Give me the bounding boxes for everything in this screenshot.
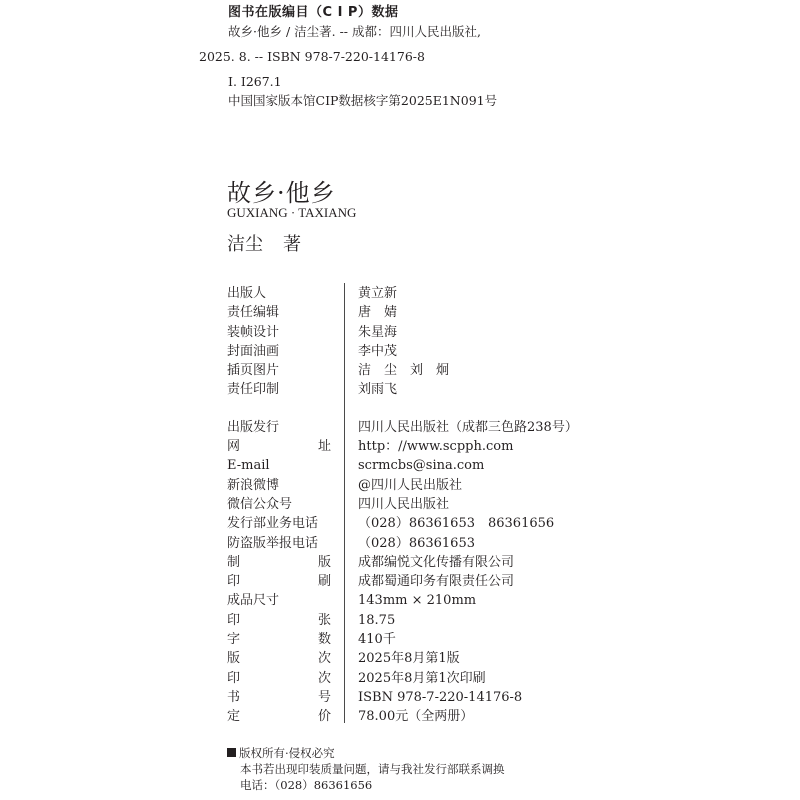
credit-value: 唐 婧 xyxy=(358,303,397,322)
credit-value: 刘雨飞 xyxy=(358,380,397,399)
credit-row-edition: 版次 2025年8月第1版 xyxy=(227,649,647,668)
credit-label: 微信公众号 xyxy=(227,495,331,514)
credit-row-illustrations: 插页图片 洁 尘 刘 炯 xyxy=(227,361,647,380)
credit-value: 成都编悦文化传播有限公司 xyxy=(358,553,514,572)
author-role: 著 xyxy=(283,234,301,255)
credit-row-piracy-phone: 防盗版举报电话 （028）86361653 xyxy=(227,534,647,553)
cip-line-title-author-publisher: 故乡·他乡 / 洁尘著. -- 成都：四川人民出版社, xyxy=(228,24,481,40)
book-title: 故乡·他乡 xyxy=(227,173,336,208)
author-name: 洁尘 xyxy=(227,234,263,255)
credit-row-designer: 装帧设计 朱星海 xyxy=(227,323,647,342)
credit-value: 四川人民出版社 xyxy=(358,495,449,514)
credit-row-price: 定价 78.00元（全两册） xyxy=(227,707,647,726)
credit-label: 插页图片 xyxy=(227,361,331,380)
credits-group-staff: 出版人 黄立新 责任编辑 唐 婧 装帧设计 朱星海 封面油画 李中茂 插页图片 … xyxy=(227,284,647,400)
credit-value: （028）86361653 86361656 xyxy=(358,514,554,533)
credit-row-isbn: 书号 ISBN 978-7-220-14176-8 xyxy=(227,688,647,707)
credit-label: 装帧设计 xyxy=(227,323,331,342)
credit-row-sheets: 印张 18.75 xyxy=(227,611,647,630)
credit-label: 制版 xyxy=(227,553,331,572)
credit-label: 定价 xyxy=(227,707,331,726)
rights-line: 版权所有·侵权必究 xyxy=(227,745,505,761)
credit-label: 责任印制 xyxy=(227,380,331,399)
credit-row-email: E-mail scrmcbs@sina.com xyxy=(227,456,647,475)
credit-row-sales-phone: 发行部业务电话 （028）86361653 86361656 xyxy=(227,514,647,533)
credit-label: 印张 xyxy=(227,611,331,630)
credit-value: 143mm × 210mm xyxy=(358,591,476,610)
credit-row-weibo: 新浪微博 @四川人民出版社 xyxy=(227,476,647,495)
credit-label: 版次 xyxy=(227,649,331,668)
credit-row-impression: 印次 2025年8月第1次印刷 xyxy=(227,669,647,688)
credit-value: 2025年8月第1次印刷 xyxy=(358,669,486,688)
cip-line-classification: Ⅰ. I267.1 xyxy=(228,74,282,90)
credit-row-size: 成品尺寸 143mm × 210mm xyxy=(227,591,647,610)
credit-row-wechat: 微信公众号 四川人民出版社 xyxy=(227,495,647,514)
credit-row-publisher-head: 出版人 黄立新 xyxy=(227,284,647,303)
credit-value: 18.75 xyxy=(358,611,395,630)
credit-label: 网址 xyxy=(227,437,331,456)
credit-row-cover-painting: 封面油画 李中茂 xyxy=(227,342,647,361)
credit-label: 出版发行 xyxy=(227,418,331,437)
credit-label: 字数 xyxy=(227,630,331,649)
cip-line-date-isbn: 2025. 8. -- ISBN 978-7-220-14176-8 xyxy=(199,49,425,65)
copyright-footer: 版权所有·侵权必究 本书若出现印装质量问题，请与我社发行部联系调换 电话：（02… xyxy=(227,745,505,793)
credit-value: 四川人民出版社（成都三色路238号） xyxy=(358,418,578,437)
credits-group-publication: 出版发行 四川人民出版社（成都三色路238号） 网址 http：//www.sc… xyxy=(227,418,647,727)
credits-spacer xyxy=(227,400,647,418)
credit-label: 印刷 xyxy=(227,572,331,591)
credit-value: （028）86361653 xyxy=(358,534,475,553)
credit-row-word-count: 字数 410千 xyxy=(227,630,647,649)
credit-label: 印次 xyxy=(227,669,331,688)
credit-label: 责任编辑 xyxy=(227,303,331,322)
black-square-icon xyxy=(227,748,236,757)
credit-label: 封面油画 xyxy=(227,342,331,361)
credit-value: 洁 尘 刘 炯 xyxy=(358,361,449,380)
credit-label: 发行部业务电话 xyxy=(227,514,331,533)
credit-row-printing: 印刷 成都蜀通印务有限责任公司 xyxy=(227,572,647,591)
credit-row-print-supervisor: 责任印制 刘雨飞 xyxy=(227,380,647,399)
credit-value: 410千 xyxy=(358,630,396,649)
credit-value: ISBN 978-7-220-14176-8 xyxy=(358,688,522,707)
credit-value: 78.00元（全两册） xyxy=(358,707,473,726)
website-link[interactable]: http：//www.scpph.com xyxy=(358,437,513,456)
credit-label: 书号 xyxy=(227,688,331,707)
quality-notice: 本书若出现印装质量问题，请与我社发行部联系调换 xyxy=(227,761,505,777)
credit-label: 成品尺寸 xyxy=(227,591,331,610)
credit-value: @四川人民出版社 xyxy=(358,476,462,495)
credit-row-distributor: 出版发行 四川人民出版社（成都三色路238号） xyxy=(227,418,647,437)
book-author: 洁尘著 xyxy=(227,230,301,256)
credit-value: 李中茂 xyxy=(358,342,397,361)
credit-value: 成都蜀通印务有限责任公司 xyxy=(358,572,514,591)
cip-title: 图书在版编目（C I P）数据 xyxy=(228,1,398,20)
credits-table: 出版人 黄立新 责任编辑 唐 婧 装帧设计 朱星海 封面油画 李中茂 插页图片 … xyxy=(227,284,647,727)
credit-value: 朱星海 xyxy=(358,323,397,342)
credit-value: 2025年8月第1版 xyxy=(358,649,460,668)
credit-label: E-mail xyxy=(227,456,331,475)
credit-label: 新浪微博 xyxy=(227,476,331,495)
credit-value: 黄立新 xyxy=(358,284,397,303)
credit-row-editor: 责任编辑 唐 婧 xyxy=(227,303,647,322)
service-phone: 电话：（028）86361656 xyxy=(227,777,505,793)
book-title-pinyin: GUXIANG · TAXIANG xyxy=(227,205,356,221)
credit-row-website: 网址 http：//www.scpph.com xyxy=(227,437,647,456)
rights-text: 版权所有·侵权必究 xyxy=(239,746,335,760)
credit-label: 出版人 xyxy=(227,284,331,303)
credit-row-plate-making: 制版 成都编悦文化传播有限公司 xyxy=(227,553,647,572)
credit-label: 防盗版举报电话 xyxy=(227,534,331,553)
email-link[interactable]: scrmcbs@sina.com xyxy=(358,456,484,475)
cip-line-record-number: 中国国家版本馆CIP数据核字第2025E1N091号 xyxy=(228,93,497,109)
